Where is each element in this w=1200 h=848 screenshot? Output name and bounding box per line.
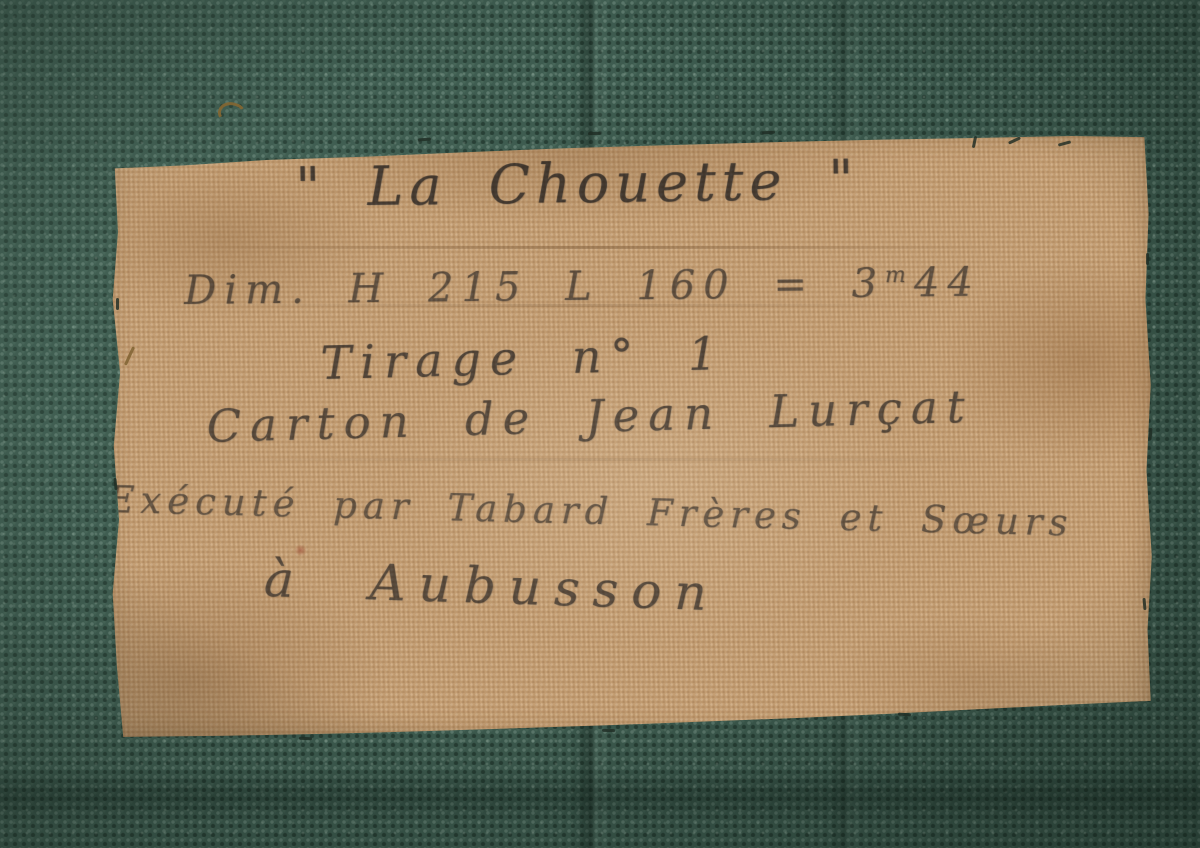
vignette-shading	[0, 0, 1200, 848]
tapestry-label-photo: " La Chouette " Dim. H 215 L 160 = 3m44 …	[0, 0, 1200, 848]
